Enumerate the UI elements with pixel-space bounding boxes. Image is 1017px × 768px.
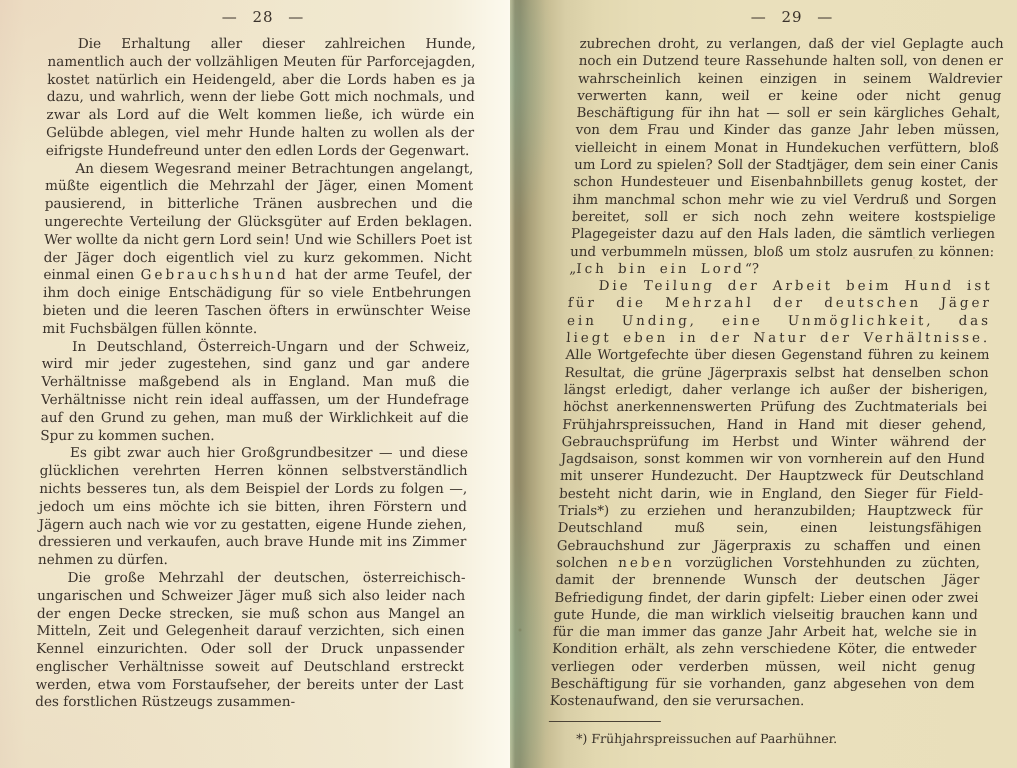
text-segment: Die Erhaltung aller dieser zahlreichen H… — [46, 36, 476, 159]
text-segment: zubrechen droht, zu verlangen, daß der v… — [569, 37, 1004, 277]
left-text-column: Die Erhaltung aller dieser zahlreichen H… — [35, 36, 476, 712]
letterspaced-emphasis: Ich bin ein Lord — [576, 262, 745, 277]
paragraph: Es gibt zwar auch hier Großgrundbesitzer… — [38, 445, 468, 570]
paragraph: zubrechen droht, zu verlangen, daß der v… — [569, 36, 1004, 278]
text-segment: “? — [744, 262, 759, 277]
text-segment: vorzüglichen Vorstehhunden zu züchten, d… — [549, 556, 980, 709]
right-text-column: zubrechen droht, zu verlangen, daß der v… — [548, 36, 1004, 747]
page-number-left: — 28 — — [48, 8, 478, 26]
letterspaced-emphasis: neben — [618, 556, 675, 571]
page-number-right: — 29 — — [580, 8, 1004, 26]
text-segment: In Deutschland, Österreich-Ungarn und de… — [40, 339, 470, 444]
paragraph: An diesem Wegesrand meiner Betrachtungen… — [42, 161, 473, 339]
text-segment: An diesem Wegesrand meiner Betrachtungen… — [43, 161, 473, 284]
text-segment: Alle Wortgefechte über diesen Gegenstand… — [556, 348, 990, 571]
left-page-text: Die Erhaltung aller dieser zahlreichen H… — [35, 36, 476, 712]
footnote: *) Frühjahrspreissuchen auf Paarhühner. — [548, 730, 973, 747]
book-spread: — 28 — — 29 — Die Erhaltung aller dieser… — [0, 0, 1017, 768]
paragraph: Die große Mehrzahl der deutschen, österr… — [35, 570, 466, 712]
paragraph: Die Teilung der Arbeit beim Hund ist für… — [549, 278, 993, 710]
letterspaced-emphasis: Die Teilung der Arbeit beim Hund ist für… — [566, 279, 993, 346]
text-segment: Die große Mehrzahl der deutschen, österr… — [35, 570, 466, 711]
footnote-rule — [549, 721, 661, 722]
paragraph: Die Erhaltung aller dieser zahlreichen H… — [46, 36, 476, 161]
text-segment: Es gibt zwar auch hier Großgrundbesitzer… — [38, 445, 468, 568]
right-page-text: zubrechen droht, zu verlangen, daß der v… — [549, 36, 1004, 711]
paragraph: In Deutschland, Österreich-Ungarn und de… — [40, 339, 470, 446]
letterspaced-emphasis: Gebrauchshund — [140, 267, 289, 283]
